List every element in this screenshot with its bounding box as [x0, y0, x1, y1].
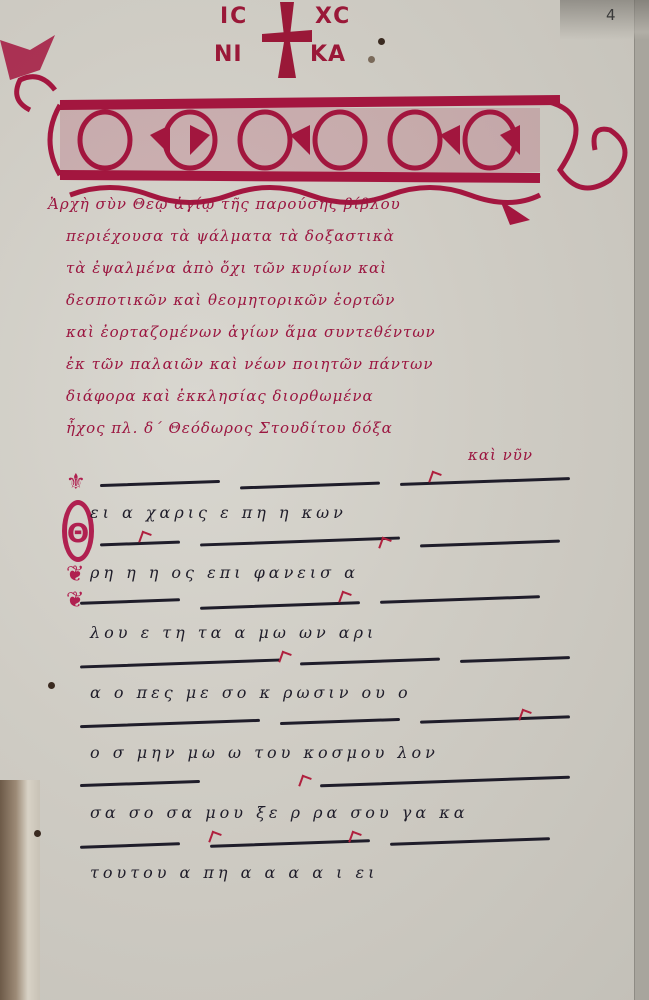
neume-row [60, 590, 580, 618]
binding-edge [0, 780, 40, 1000]
rubric-line: καὶ νῦν [48, 444, 588, 466]
neume-row [60, 530, 580, 558]
wormhole [34, 830, 41, 837]
folio-number: 4 [606, 6, 616, 24]
lyric-line: ει α χαρις ε πη η κων [60, 498, 580, 530]
neume-row [60, 650, 580, 678]
lyric-line: α ο πες με σο κ ρωσιν ου ο [60, 678, 580, 710]
heading-xc: XC [315, 4, 351, 29]
heading-ic: IC [220, 4, 248, 29]
rubric-line: περιέχουσα τὰ ψάλματα τὰ δοξαστικὰ [48, 220, 588, 252]
neume-row [60, 470, 580, 498]
musical-notation-block: ει α χαρις ε πη η κων ρη η η ος επι φανε… [60, 470, 580, 890]
rubric-line: Ἀρχὴ σὺν Θεῷ ἁγίῳ τῆς παρούσης βίβλου [48, 188, 588, 220]
neume-row [60, 770, 580, 798]
rubric-line: τὰ ἐψαλμένα ἀπὸ ὄχι τῶν κυρίων καὶ [48, 252, 588, 284]
neume-row [60, 830, 580, 858]
lyric-line: ο σ μην μω ω του κοσμου λον [60, 738, 580, 770]
rubric-line: διάφορα καὶ ἐκκλησίας διορθωμένα [48, 380, 588, 412]
rubric-text-block: Ἀρχὴ σὺν Θεῷ ἁγίῳ τῆς παρούσης βίβλου πε… [48, 188, 588, 466]
lyric-line: σα σο σα μου ξε ρ ρα σου γα κα [60, 798, 580, 830]
manuscript-page: 4 IC XC NI KA [0, 0, 649, 1000]
lyric-line: τουτου α πη α α α α ι ει [60, 858, 580, 890]
wormhole [48, 682, 55, 689]
lyric-line: ρη η η ος επι φανεισ α [60, 558, 580, 590]
rubric-line: ἦχος πλ. δ΄ Θεόδωρος Στουδίτου δόξα [48, 412, 588, 444]
rubric-line: καὶ ἐορταζομένων ἁγίων ἅμα συντεθέντων [48, 316, 588, 348]
rubric-line: ἐκ τῶν παλαιῶν καὶ νέων ποιητῶν πάντων [48, 348, 588, 380]
neume-row [60, 710, 580, 738]
lyric-line: λου ε τη τα α μω ων αρι [60, 618, 580, 650]
rubric-line: δεσποτικῶν καὶ θεομητορικῶν ἑορτῶν [48, 284, 588, 316]
